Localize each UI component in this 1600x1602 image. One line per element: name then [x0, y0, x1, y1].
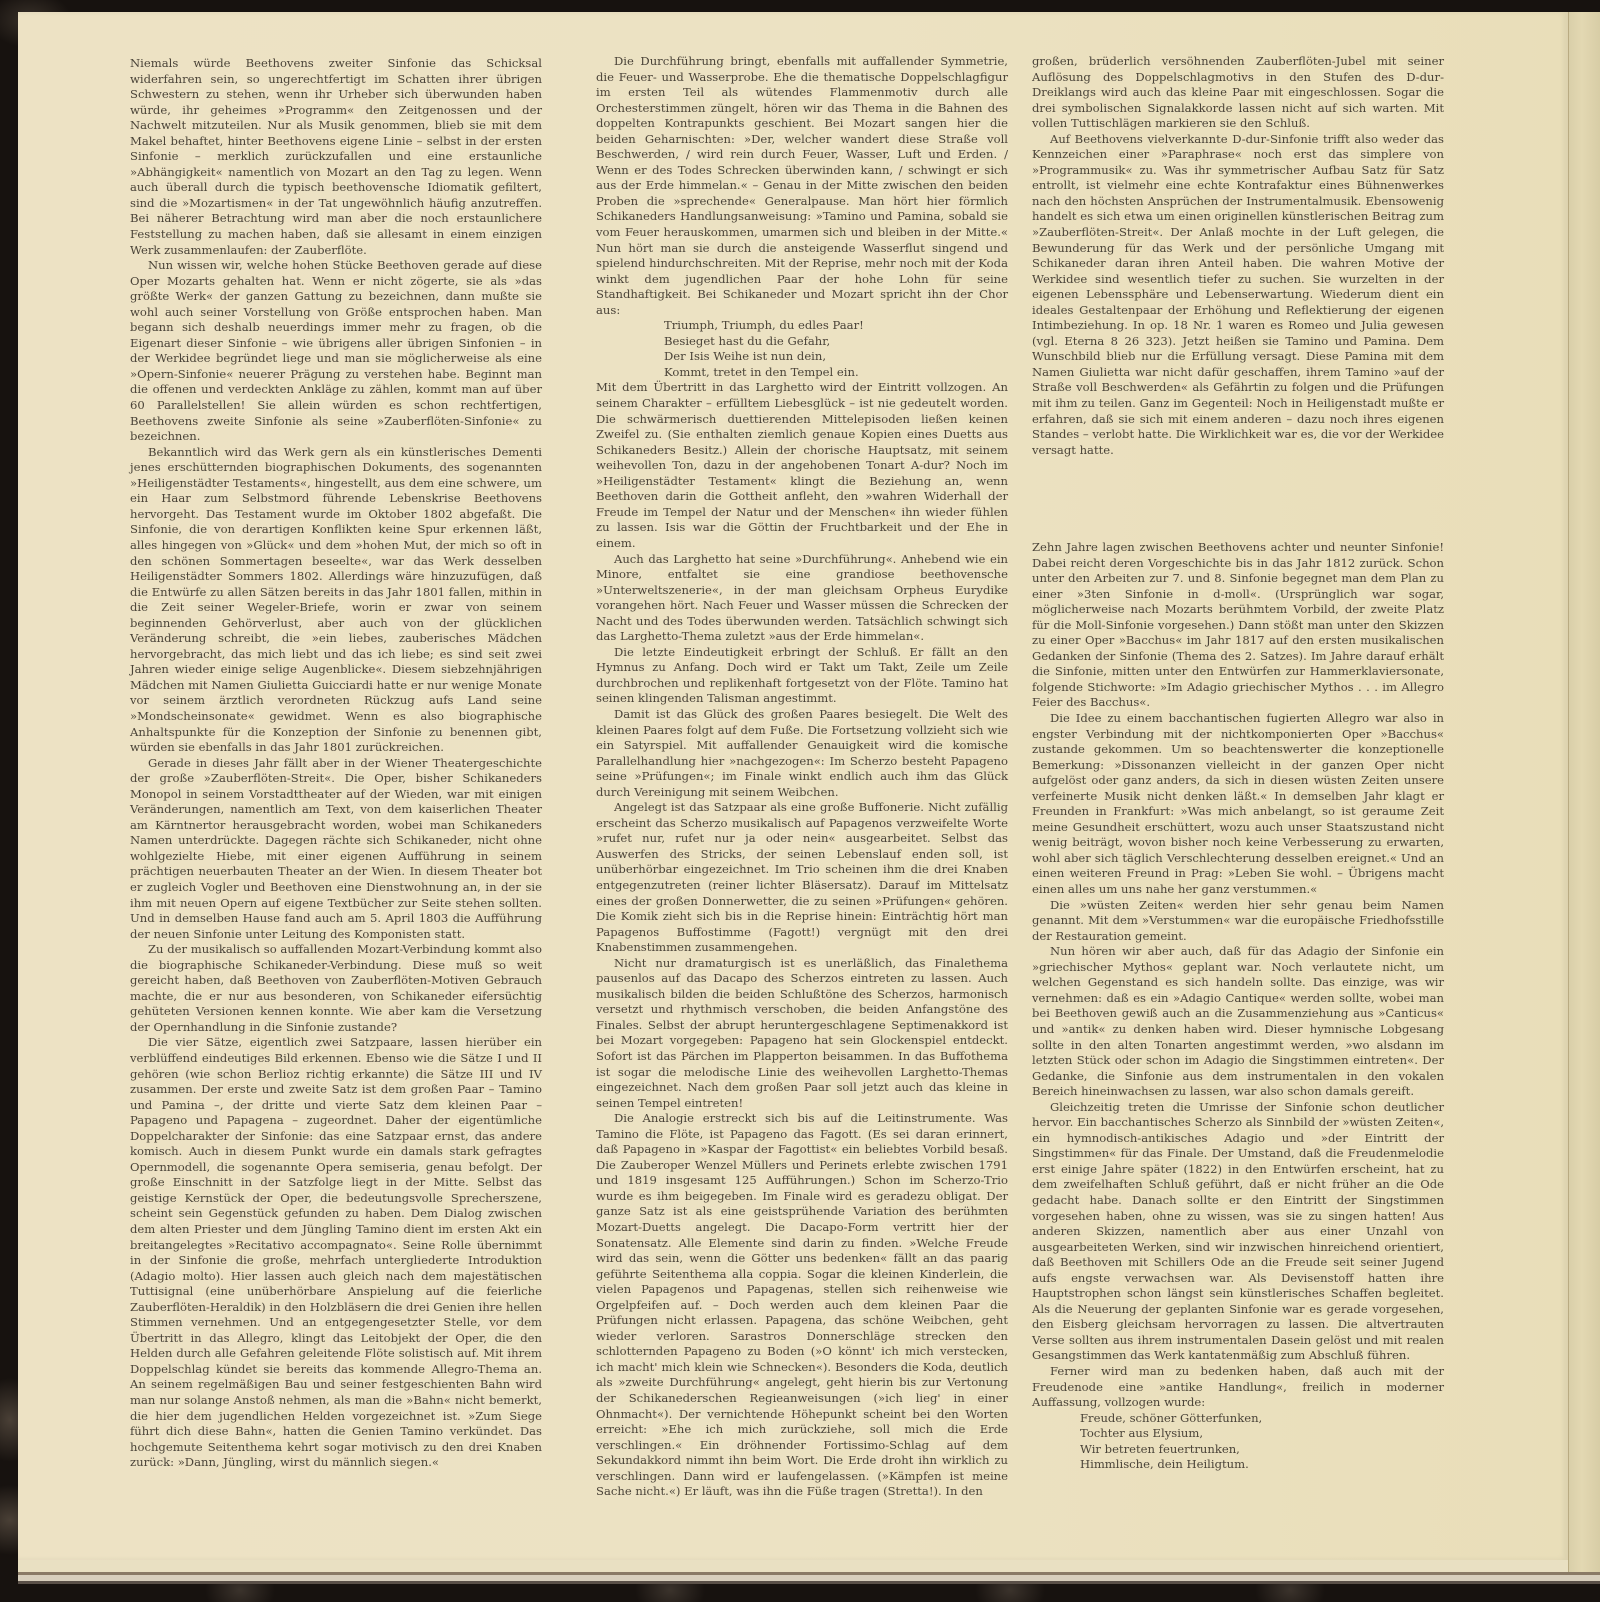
- chorus-verse: Triumph, Triumph, du edles Paar! Besiege…: [664, 318, 1008, 380]
- verse-line: Der Isis Weihe ist nun dein,: [664, 349, 1008, 365]
- paragraph: großen, brüderlich versöhnenden Zauberfl…: [1032, 54, 1444, 132]
- verse-line: Himmlische, dein Heiligtum.: [1080, 1457, 1444, 1473]
- text-column-2: Die Durchführung bringt, ebenfalls mit a…: [596, 54, 1008, 1500]
- paragraph: Gerade in dieses Jahr fällt aber in der …: [130, 756, 542, 943]
- paragraph: Angelegt ist das Satzpaar als eine große…: [596, 800, 1008, 955]
- paragraph: Auch das Larghetto hat seine »Durchführu…: [596, 552, 1008, 645]
- paragraph: Damit ist das Glück des großen Paares be…: [596, 707, 1008, 800]
- paragraph: Ferner wird man zu bedenken haben, daß a…: [1032, 1364, 1444, 1411]
- verse-line: Kommt, tretet in den Tempel ein.: [664, 365, 1008, 381]
- paragraph: Bekanntlich wird das Werk gern als ein k…: [130, 445, 542, 756]
- verse-line: Triumph, Triumph, du edles Paar!: [664, 318, 1008, 334]
- text-column-1: Niemals würde Beethovens zweiter Sinfoni…: [130, 56, 542, 1471]
- paragraph: Die Durchführung bringt, ebenfalls mit a…: [596, 54, 1008, 318]
- paragraph: Zu der musikalisch so auffallenden Mozar…: [130, 942, 542, 1035]
- verse-line: Tochter aus Elysium,: [1080, 1426, 1444, 1442]
- paragraph: Die letzte Eindeutigkeit erbringt der Sc…: [596, 645, 1008, 707]
- ode-verse: Freude, schöner Götterfunken, Tochter au…: [1080, 1411, 1444, 1473]
- text-column-3-bottom: Zehn Jahre lagen zwischen Beethovens ach…: [1032, 540, 1444, 1473]
- paragraph: Nicht nur dramaturgisch ist es unerläßli…: [596, 956, 1008, 1111]
- paragraph: Die »wüsten Zeiten« werden hier sehr gen…: [1032, 898, 1444, 945]
- paragraph: Mit dem Übertritt in das Larghetto wird …: [596, 380, 1008, 551]
- sleeve-spine: [1568, 12, 1600, 1572]
- paragraph: Niemals würde Beethovens zweiter Sinfoni…: [130, 56, 542, 258]
- paragraph: Die vier Sätze, eigentlich zwei Satzpaar…: [130, 1035, 542, 1470]
- verse-line: Besieget hast du die Gefahr,: [664, 334, 1008, 350]
- paragraph: Die Idee zu einem bacchantischen fugiert…: [1032, 711, 1444, 898]
- paragraph: Gleichzeitig treten die Umrisse der Sinf…: [1032, 1100, 1444, 1364]
- paragraph: Auf Beethovens vielverkannte D-dur-Sinfo…: [1032, 132, 1444, 458]
- text-column-3-top: großen, brüderlich versöhnenden Zauberfl…: [1032, 54, 1444, 458]
- paragraph: Nun wissen wir, welche hohen Stücke Beet…: [130, 258, 542, 445]
- paragraph: Die Analogie erstreckt sich bis auf die …: [596, 1111, 1008, 1500]
- verse-line: Freude, schöner Götterfunken,: [1080, 1411, 1444, 1427]
- liner-notes-page: Niemals würde Beethovens zweiter Sinfoni…: [18, 12, 1570, 1560]
- paragraph: Zehn Jahre lagen zwischen Beethovens ach…: [1032, 540, 1444, 711]
- verse-line: Wir betreten feuertrunken,: [1080, 1442, 1444, 1458]
- paragraph: Nun hören wir aber auch, daß für das Ada…: [1032, 944, 1444, 1099]
